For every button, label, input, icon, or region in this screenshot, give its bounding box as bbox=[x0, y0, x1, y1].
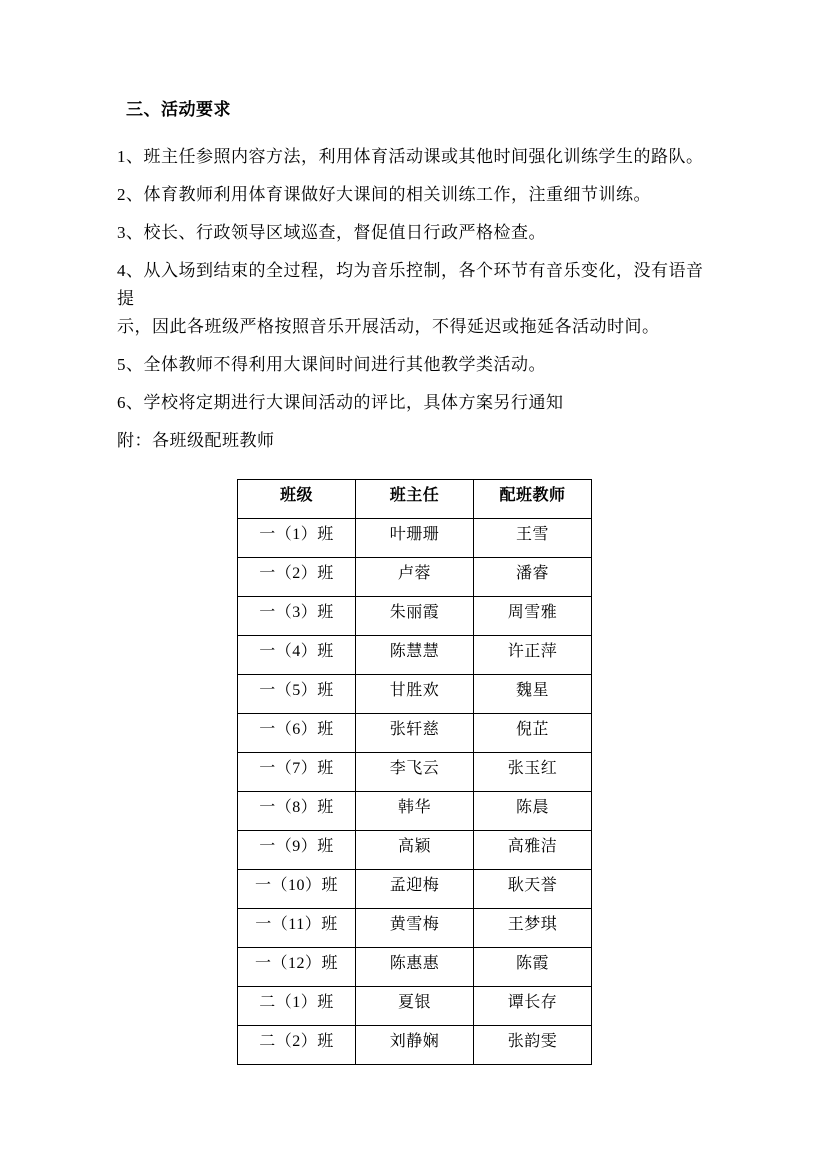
section-heading: 三、活动要求 bbox=[117, 98, 717, 122]
table-cell: 一（3）班 bbox=[238, 597, 356, 636]
table-header-cell: 配班教师 bbox=[474, 480, 592, 519]
table-cell: 二（2）班 bbox=[238, 1026, 356, 1065]
table-cell: 一（5）班 bbox=[238, 675, 356, 714]
table-cell: 韩华 bbox=[356, 792, 474, 831]
table-cell: 王梦琪 bbox=[474, 909, 592, 948]
table-header-row: 班级班主任配班教师 bbox=[238, 480, 592, 519]
table-cell: 二（1）班 bbox=[238, 987, 356, 1026]
table-row: 一（5）班甘胜欢魏星 bbox=[238, 675, 592, 714]
table-header-cell: 班主任 bbox=[356, 480, 474, 519]
table-cell: 一（12）班 bbox=[238, 948, 356, 987]
table-cell: 卢蓉 bbox=[356, 558, 474, 597]
table-row: 一（3）班朱丽霞周雪雅 bbox=[238, 597, 592, 636]
table-row: 一（6）班张轩慈倪芷 bbox=[238, 714, 592, 753]
table-row: 一（7）班李飞云张玉红 bbox=[238, 753, 592, 792]
table-cell: 张轩慈 bbox=[356, 714, 474, 753]
table-row: 一（10）班孟迎梅耿天誉 bbox=[238, 870, 592, 909]
table-cell: 陈惠惠 bbox=[356, 948, 474, 987]
table-cell: 张玉红 bbox=[474, 753, 592, 792]
table-row: 一（11）班黄雪梅王梦琪 bbox=[238, 909, 592, 948]
table-body: 一（1）班叶珊珊王雪一（2）班卢蓉潘睿一（3）班朱丽霞周雪雅一（4）班陈慧慧许正… bbox=[238, 519, 592, 1065]
table-cell: 张韵雯 bbox=[474, 1026, 592, 1065]
table-cell: 陈霞 bbox=[474, 948, 592, 987]
table-cell: 潘睿 bbox=[474, 558, 592, 597]
table-cell: 耿天誉 bbox=[474, 870, 592, 909]
teacher-roster-table: 班级班主任配班教师 一（1）班叶珊珊王雪一（2）班卢蓉潘睿一（3）班朱丽霞周雪雅… bbox=[237, 479, 592, 1065]
table-cell: 刘静娴 bbox=[356, 1026, 474, 1065]
attachment-note: 附：各班级配班教师 bbox=[117, 427, 717, 455]
table-cell: 高颖 bbox=[356, 831, 474, 870]
table-cell: 周雪雅 bbox=[474, 597, 592, 636]
table-cell: 倪芷 bbox=[474, 714, 592, 753]
paragraph-list: 1、班主任参照内容方法，利用体育活动课或其他时间强化训练学生的路队。2、体育教师… bbox=[117, 143, 717, 417]
document-page: 三、活动要求 1、班主任参照内容方法，利用体育活动课或其他时间强化训练学生的路队… bbox=[0, 0, 827, 1170]
paragraph: 3、校长、行政领导区域巡查，督促值日行政严格检查。 bbox=[117, 219, 717, 247]
table-cell: 黄雪梅 bbox=[356, 909, 474, 948]
table-cell: 李飞云 bbox=[356, 753, 474, 792]
table-cell: 一（9）班 bbox=[238, 831, 356, 870]
paragraph: 5、全体教师不得利用大课间时间进行其他教学类活动。 bbox=[117, 351, 717, 379]
paragraph: 2、体育教师利用体育课做好大课间的相关训练工作，注重细节训练。 bbox=[117, 181, 717, 209]
table-cell: 魏星 bbox=[474, 675, 592, 714]
table-cell: 孟迎梅 bbox=[356, 870, 474, 909]
table-cell: 高雅洁 bbox=[474, 831, 592, 870]
table-cell: 甘胜欢 bbox=[356, 675, 474, 714]
table-cell: 许正萍 bbox=[474, 636, 592, 675]
paragraph: 6、学校将定期进行大课间活动的评比，具体方案另行通知 bbox=[117, 389, 717, 417]
table-cell: 朱丽霞 bbox=[356, 597, 474, 636]
table-cell: 叶珊珊 bbox=[356, 519, 474, 558]
table-cell: 一（1）班 bbox=[238, 519, 356, 558]
table-row: 二（1）班夏银谭长存 bbox=[238, 987, 592, 1026]
table-row: 一（2）班卢蓉潘睿 bbox=[238, 558, 592, 597]
table-cell: 谭长存 bbox=[474, 987, 592, 1026]
table-cell: 一（6）班 bbox=[238, 714, 356, 753]
table-row: 一（4）班陈慧慧许正萍 bbox=[238, 636, 592, 675]
table-cell: 一（4）班 bbox=[238, 636, 356, 675]
table-cell: 陈晨 bbox=[474, 792, 592, 831]
table-cell: 一（11）班 bbox=[238, 909, 356, 948]
table-row: 一（8）班韩华陈晨 bbox=[238, 792, 592, 831]
table-row: 一（12）班陈惠惠陈霞 bbox=[238, 948, 592, 987]
table-cell: 夏银 bbox=[356, 987, 474, 1026]
table-row: 一（9）班高颖高雅洁 bbox=[238, 831, 592, 870]
table-cell: 一（10）班 bbox=[238, 870, 356, 909]
table-header-cell: 班级 bbox=[238, 480, 356, 519]
table-row: 一（1）班叶珊珊王雪 bbox=[238, 519, 592, 558]
table-cell: 陈慧慧 bbox=[356, 636, 474, 675]
table-cell: 一（2）班 bbox=[238, 558, 356, 597]
table-cell: 一（8）班 bbox=[238, 792, 356, 831]
table-row: 二（2）班刘静娴张韵雯 bbox=[238, 1026, 592, 1065]
paragraph: 1、班主任参照内容方法，利用体育活动课或其他时间强化训练学生的路队。 bbox=[117, 143, 717, 171]
table-cell: 王雪 bbox=[474, 519, 592, 558]
table-cell: 一（7）班 bbox=[238, 753, 356, 792]
paragraph: 4、从入场到结束的全过程，均为音乐控制，各个环节有音乐变化，没有语音提 示，因此… bbox=[117, 257, 717, 341]
